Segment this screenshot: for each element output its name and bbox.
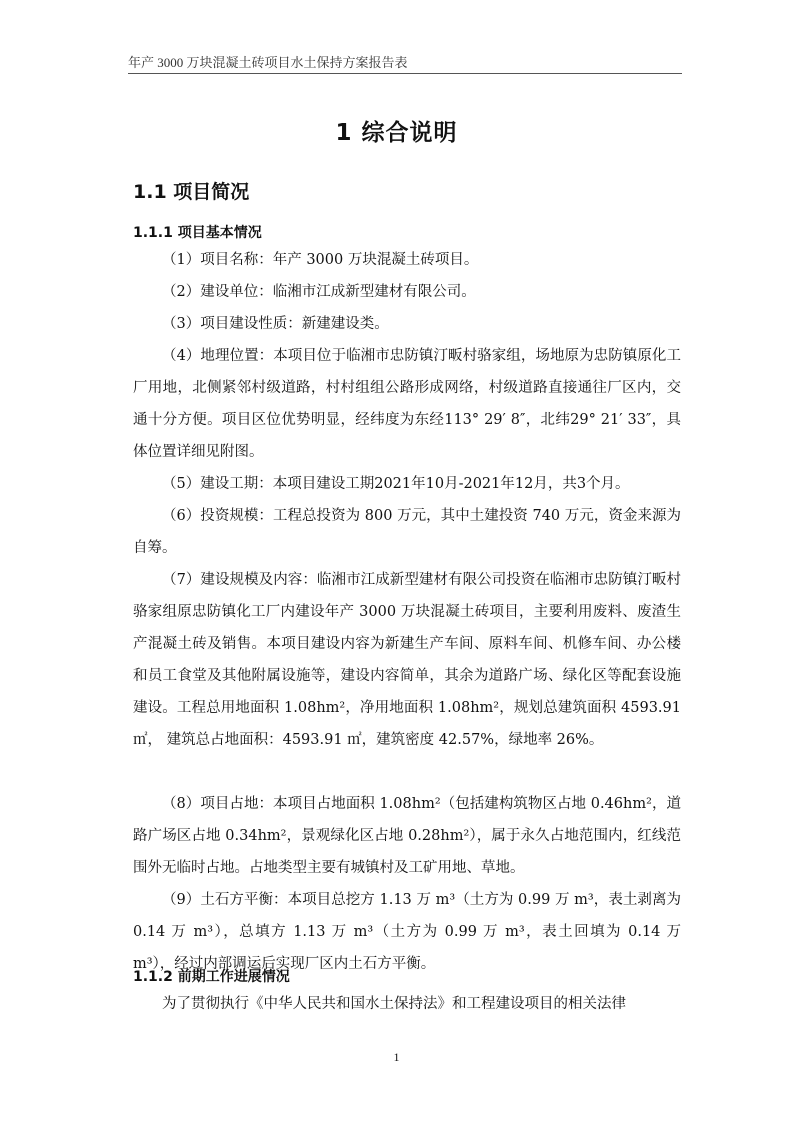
paragraph-project-nature: （3）项目建设性质：新建建设类。	[133, 308, 681, 340]
paragraph-preliminary-work: 为了贯彻执行《中华人民共和国水土保持法》和工程建设项目的相关法律	[133, 988, 681, 1020]
paragraph-investment: （6）投资规模：工程总投资为 800 万元，其中土建投资 740 万元，资金来源…	[133, 500, 681, 564]
section-title: 1.1 项目简况	[133, 177, 249, 204]
paragraph-project-name: （1）项目名称：年产 3000 万块混凝土砖项目。	[133, 244, 681, 276]
running-header: 年产 3000 万块混凝土砖项目水土保持方案报告表	[128, 54, 682, 74]
paragraph-construction-unit: （2）建设单位：临湘市江成新型建材有限公司。	[133, 276, 681, 308]
paragraph-scale-content: （7）建设规模及内容：临湘市江成新型建材有限公司投资在临湘市忠防镇汀畈村骆家组原…	[133, 564, 681, 756]
page-number: 1	[0, 1050, 793, 1065]
paragraph-location: （4）地理位置：本项目位于临湘市忠防镇汀畈村骆家组，场地原为忠防镇原化工厂用地，…	[133, 340, 681, 468]
subsection-title-basic-info: 1.1.1 项目基本情况	[133, 222, 262, 242]
paragraph-land-occupation: （8）项目占地：本项目占地面积 1.08hm²（包括建构筑物区占地 0.46hm…	[133, 788, 681, 884]
subsection-title-preliminary-work: 1.1.2 前期工作进展情况	[133, 966, 290, 986]
paragraph-construction-period: （5）建设工期：本项目建设工期2021年10月-2021年12月，共3个月。	[133, 468, 681, 500]
chapter-title: 1 综合说明	[0, 114, 793, 147]
